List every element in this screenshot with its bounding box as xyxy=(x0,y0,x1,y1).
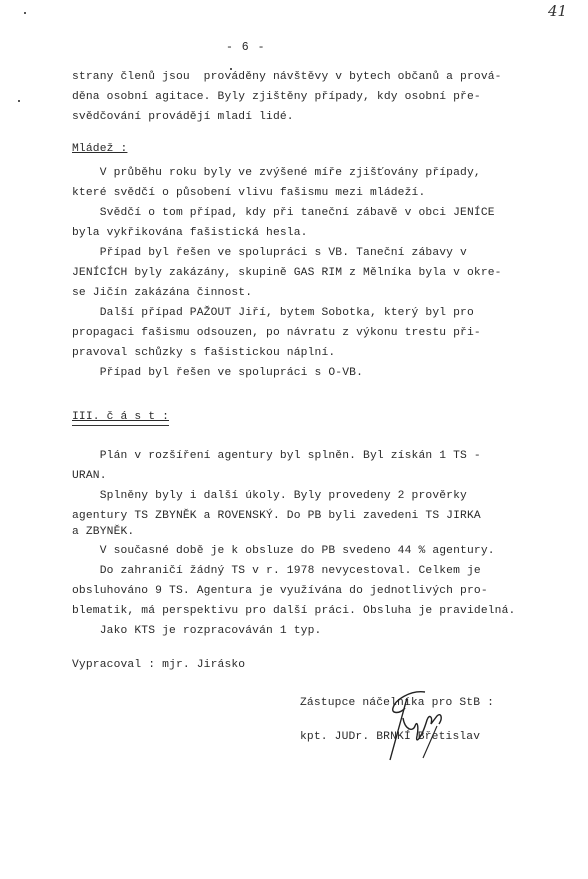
text-line: JENÍCÍCH byly zakázány, skupině GAS RIM … xyxy=(72,267,502,279)
text-line: pravoval schůzky s fašistickou náplní. xyxy=(72,347,335,359)
text-line: které svědčí o působení vlivu fašismu me… xyxy=(72,187,425,199)
text-line: děna osobní agitace. Byly zjištěny přípa… xyxy=(72,91,481,103)
text-line: obsluhováno 9 TS. Agentura je využívána … xyxy=(72,585,488,597)
text-line: a ZBYNĚK. xyxy=(72,526,134,538)
text-line: Splněny byly i další úkoly. Byly provede… xyxy=(72,490,467,502)
text-line: Do zahraničí žádný TS v r. 1978 nevycest… xyxy=(72,565,481,577)
prepared-by: Vypracoval : mjr. Jirásko xyxy=(72,659,245,671)
text-line: byla vykřikována fašistická hesla. xyxy=(72,227,308,239)
text-line: URAN. xyxy=(72,470,107,482)
scan-speck xyxy=(230,68,232,70)
text-line: blematik, má perspektivu pro další práci… xyxy=(72,605,515,617)
text-line: V současné době je k obsluze do PB svede… xyxy=(72,545,495,557)
text-line: Jako KTS je rozpracováván 1 typ. xyxy=(72,625,321,637)
page-number: - 6 - xyxy=(226,41,266,54)
section-heading: Mládež : xyxy=(72,143,127,155)
section-heading: III. č á s t : xyxy=(72,411,169,426)
text-line: Případ byl řešen ve spolupráci s VB. Tan… xyxy=(72,247,467,259)
text-line: Svědčí o tom případ, kdy při taneční záb… xyxy=(72,207,495,219)
text-line: V průběhu roku byly ve zvýšené míře zjiš… xyxy=(72,167,481,179)
handwritten-signature xyxy=(355,690,465,765)
text-line: propagaci fašismu odsouzen, po návratu z… xyxy=(72,327,481,339)
scan-speck xyxy=(18,100,20,102)
text-line: Případ byl řešen ve spolupráci s O-VB. xyxy=(72,367,363,379)
text-line: svědčování provádějí mladí lidé. xyxy=(72,111,294,123)
text-line: se Jičín zakázána činnost. xyxy=(72,287,252,299)
text-line: Další případ PAŽOUT Jiří, bytem Sobotka,… xyxy=(72,307,474,319)
text-line: Plán v rozšíření agentury byl splněn. By… xyxy=(72,450,481,462)
scan-speck xyxy=(24,12,26,14)
text-line: strany členů jsou prováděny návštěvy v b… xyxy=(72,71,502,83)
archive-number: 41 xyxy=(548,2,567,20)
text-line: agentury TS ZBYNĚK a ROVENSKÝ. Do PB byl… xyxy=(72,510,481,522)
